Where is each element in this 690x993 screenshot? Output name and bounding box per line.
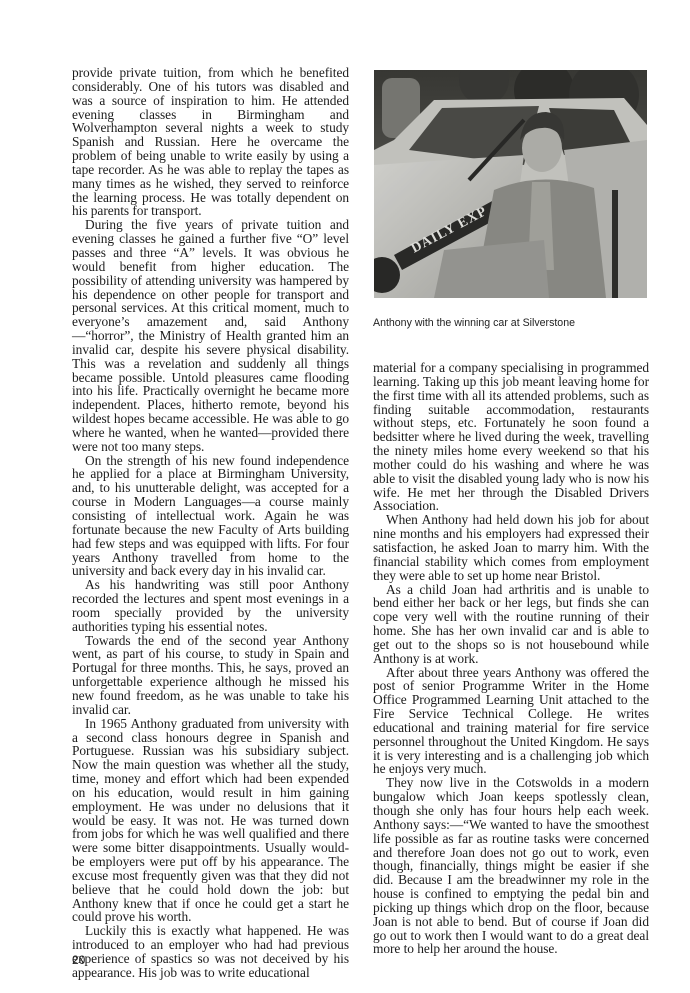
paragraph: Luckily this is exactly what happened. H… bbox=[72, 924, 349, 979]
paragraph: They now live in the Cotswolds in a mode… bbox=[373, 776, 649, 956]
paragraph: Towards the end of the second year Antho… bbox=[72, 634, 349, 717]
paragraph: During the five years of private tuition… bbox=[72, 218, 349, 453]
paragraph: When Anthony had held down his job for a… bbox=[373, 513, 649, 582]
page-number: 20 bbox=[72, 953, 85, 967]
paragraph: On the strength of his new found indepen… bbox=[72, 454, 349, 579]
paragraph: provide private tuition, from which he b… bbox=[72, 66, 349, 218]
photo-caption: Anthony with the winning car at Silverst… bbox=[373, 317, 653, 329]
paragraph: material for a company specialising in p… bbox=[373, 361, 649, 513]
paragraph: As his handwriting was still poor Anthon… bbox=[72, 578, 349, 633]
paragraph: In 1965 Anthony graduated from universit… bbox=[72, 717, 349, 925]
left-text-column: provide private tuition, from which he b… bbox=[72, 66, 349, 980]
paragraph: As a child Joan had arthritis and is una… bbox=[373, 583, 649, 666]
right-text-column: material for a company specialising in p… bbox=[373, 361, 649, 956]
paragraph: After about three years Anthony was offe… bbox=[373, 666, 649, 777]
photo-anthony-with-car: DAILY EXP bbox=[374, 70, 647, 298]
